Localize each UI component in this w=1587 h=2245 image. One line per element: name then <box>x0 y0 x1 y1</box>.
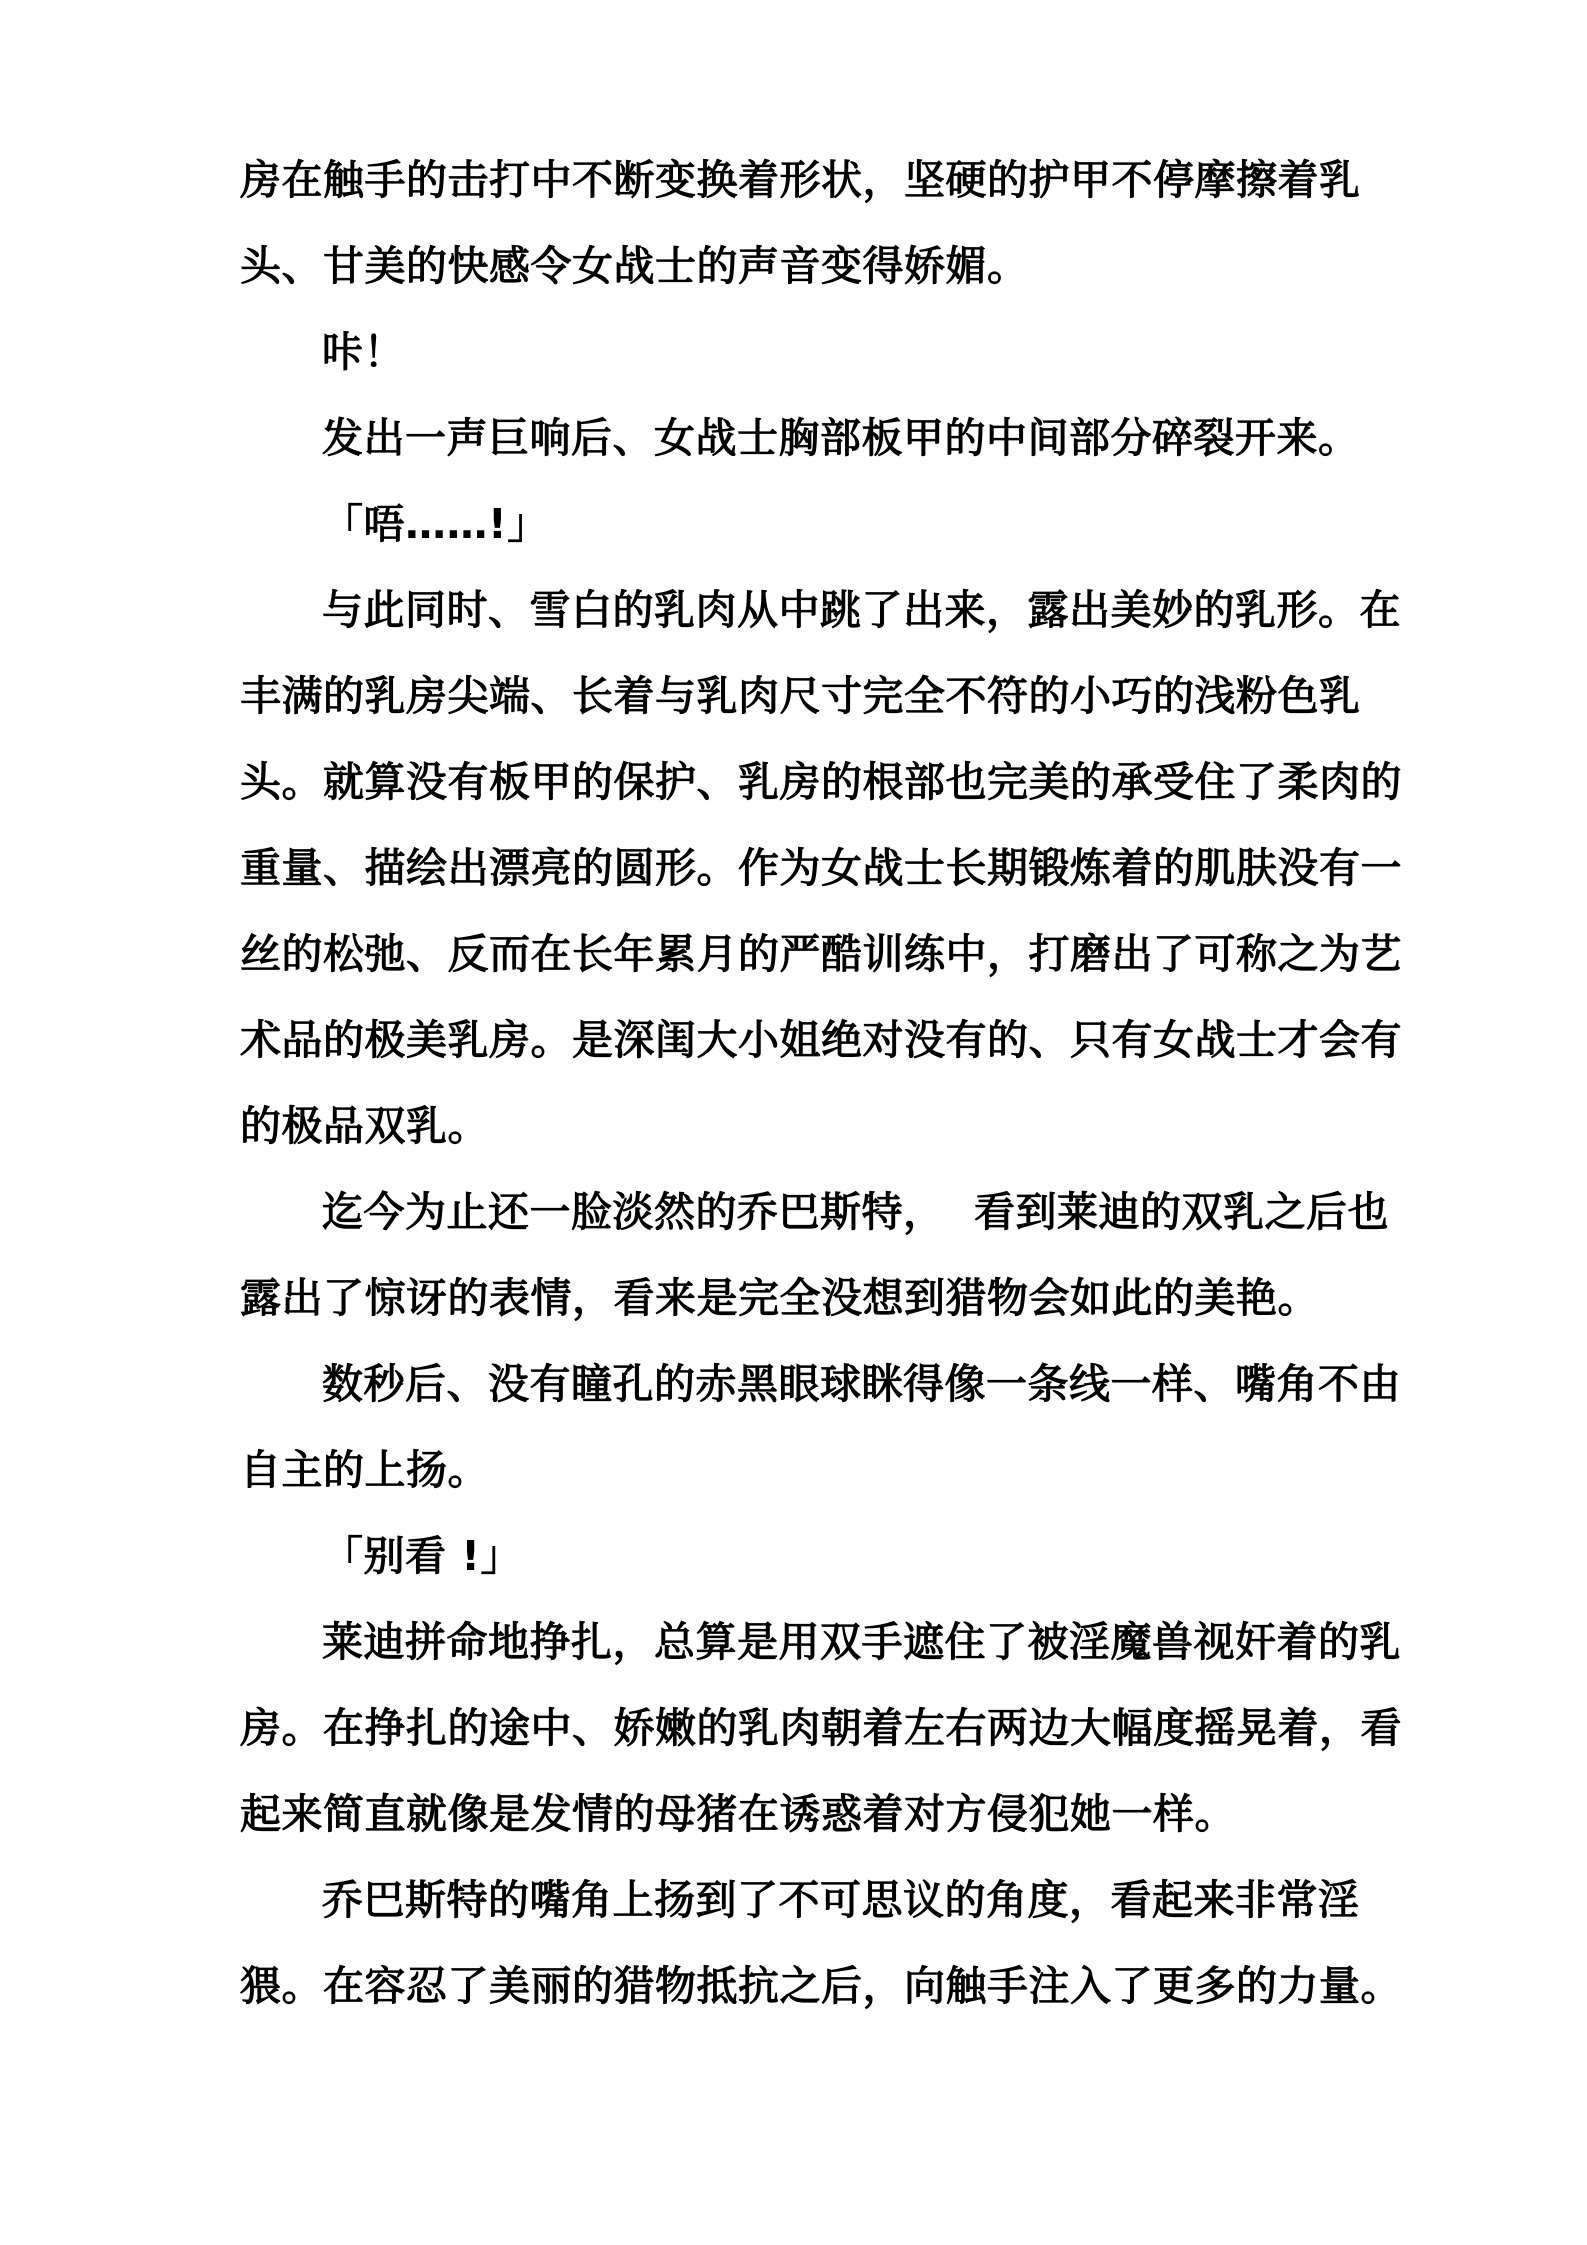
text-line: 术品的极美乳房。是深闺大小姐绝对没有的、只有女战士才会有 <box>240 997 1362 1083</box>
story-text-block: 房在触手的击打中不断变换着形状，坚硬的护甲不停摩擦着乳头、甘美的快感令女战士的声… <box>240 137 1362 2029</box>
text-line: 与此同时、雪白的乳肉从中跳了出来，露出美妙的乳形。在 <box>240 567 1362 653</box>
text-line: 房。在挣扎的途中、娇嫩的乳肉朝着左右两边大幅度摇晃着，看 <box>240 1685 1362 1771</box>
text-line: 乔巴斯特的嘴角上扬到了不可思议的角度，看起来非常淫 <box>240 1857 1362 1943</box>
text-line: 自主的上扬。 <box>240 1427 1362 1513</box>
document-page: 房在触手的击打中不断变换着形状，坚硬的护甲不停摩擦着乳头、甘美的快感令女战士的声… <box>0 0 1587 2245</box>
text-line: 重量、描绘出漂亮的圆形。作为女战士长期锻炼着的肌肤没有一 <box>240 825 1362 911</box>
text-line: 迄今为止还一脸淡然的乔巴斯特， 看到莱迪的双乳之后也 <box>240 1169 1362 1255</box>
text-line: 猥。在容忍了美丽的猎物抵抗之后，向触手注入了更多的力量。 <box>240 1943 1362 2029</box>
text-line: 起来简直就像是发情的母猪在诱惑着对方侵犯她一样。 <box>240 1771 1362 1857</box>
text-line: 头、甘美的快感令女战士的声音变得娇媚。 <box>240 223 1362 309</box>
text-line: 房在触手的击打中不断变换着形状，坚硬的护甲不停摩擦着乳 <box>240 137 1362 223</box>
text-line: 丝的松弛、反而在长年累月的严酷训练中，打磨出了可称之为艺 <box>240 911 1362 997</box>
text-line: 头。就算没有板甲的保护、乳房的根部也完美的承受住了柔肉的 <box>240 739 1362 825</box>
text-line: 露出了惊讶的表情，看来是完全没想到猎物会如此的美艳。 <box>240 1255 1362 1341</box>
text-line: 发出一声巨响后、女战士胸部板甲的中间部分碎裂开来。 <box>240 395 1362 481</box>
text-line: 「唔……!」 <box>240 481 1362 567</box>
text-line: 莱迪拼命地挣扎，总算是用双手遮住了被淫魔兽视奸着的乳 <box>240 1599 1362 1685</box>
text-line: 的极品双乳。 <box>240 1083 1362 1169</box>
text-line: 丰满的乳房尖端、长着与乳肉尺寸完全不符的小巧的浅粉色乳 <box>240 653 1362 739</box>
text-line: 咔！ <box>240 309 1362 395</box>
text-line: 「别看 !」 <box>240 1513 1362 1599</box>
text-line: 数秒后、没有瞳孔的赤黑眼球眯得像一条线一样、嘴角不由 <box>240 1341 1362 1427</box>
